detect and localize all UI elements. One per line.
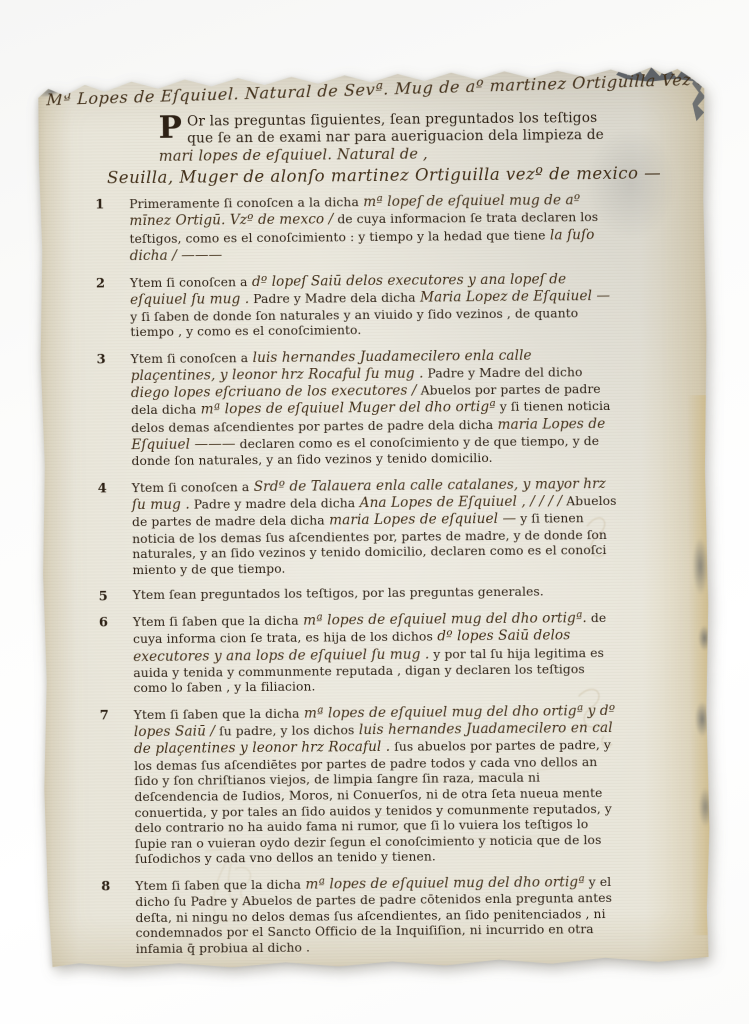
printed-segment: Ytem ſi ſaben que la dicha — [134, 707, 300, 722]
ink-stain-right-1 — [692, 537, 709, 595]
paper-sheet: Mª Lopes de Eſquiuel. Natural de Sevª. M… — [38, 65, 712, 969]
question-item: 4 Ytem ſi conoſcen a Srdº de Talauera en… — [98, 476, 621, 579]
handwritten-segment: Ana Lopes de Eſquiuel , / / / / — [355, 493, 562, 511]
question-number: 3 — [97, 352, 106, 367]
printed-segment: y ſi ſaben de donde ſon naturales y an v… — [130, 306, 578, 340]
intro-text: P Or las preguntas ſiguientes, ſean preg… — [158, 110, 626, 166]
question-text: Ytem ſi conoſcen a dº lopeſ Saiū delos e… — [130, 271, 619, 341]
question-item: 5 Ytem ſean preguntados los teſtigos, po… — [99, 584, 621, 604]
edge-soiling-top-center — [338, 72, 398, 79]
printed-segment: Ytem ſi ſaben que la dicha — [135, 878, 301, 893]
question-item: 6 Ytem ſi ſaben que la dicha mª lopes de… — [99, 610, 622, 698]
handwritten-segment: diego lopes eſcriuano de los executores … — [131, 383, 417, 401]
photo-of-document: { "appearance": { "background": "#fbfbfa… — [0, 0, 749, 1024]
question-item: 7 Ytem ſi ſaben que la dicha mª lopes de… — [100, 703, 623, 869]
handwritten-segment: maria Lopes de eſquiuel — — [325, 511, 517, 529]
ink-stain-right-2 — [698, 625, 711, 651]
question-text: Ytem ſi ſaben que la dicha mª lopes de e… — [135, 874, 624, 958]
printed-segment: Padre y Madre dela dicha — [249, 291, 416, 306]
manuscript-page: Mª Lopes de Eſquiuel. Natural de Sevª. M… — [38, 65, 712, 969]
question-item: 3 Ytem ſi conoſcen a luis hernandes Juad… — [97, 347, 620, 471]
handwritten-segment: mª lopes de eſquiuel Muger del dho ortig… — [196, 399, 496, 418]
handwritten-segment: mª lopes de eſquiuel mug del dho ortigª — [301, 874, 585, 892]
toned-right-edge — [687, 395, 712, 935]
question-number: 2 — [96, 276, 105, 291]
printed-segment: Ytem ſean preguntados los teſtigos, por … — [133, 585, 544, 603]
question-text: Ytem ſi ſaben que la dicha mª lopes de e… — [133, 610, 622, 697]
intro-handwritten-insert: mari lopes de eſquiuel. Natural de , — [159, 146, 428, 164]
printed-segment: Ytem ſi conoſcen a — [132, 480, 250, 495]
question-text: Primeramente ſi conoſcen a la dicha mª l… — [129, 192, 618, 265]
header-annotation: Mª Lopes de Eſquiuel. Natural de Sevª. M… — [46, 70, 692, 109]
intro-print-continuation: nar para aueriguacion dela limpieza de — [326, 127, 604, 145]
question-text: Ytem ſi conoſcen a Srdº de Talauera enla… — [132, 476, 621, 579]
question-text: Ytem ſi conoſcen a luis hernandes Juadam… — [131, 347, 620, 470]
question-text: Ytem ſi ſaben que la dicha mª lopes de e… — [134, 703, 623, 868]
printed-segment: ſu padre, y los dichos — [215, 723, 354, 738]
question-number: 4 — [98, 481, 107, 496]
ink-stain-right-3 — [695, 701, 710, 737]
handwritten-segment: mª lopes de eſquiuel mug del dho ortigª. — [299, 610, 587, 629]
printed-segment: Padre y madre dela dicha — [190, 496, 356, 511]
printed-segment: Ytem ſi ſaben que la dicha — [133, 614, 299, 629]
printed-segment: Ytem ſi conoſcen a — [130, 275, 248, 290]
printed-segment: Ytem ſi conoſcen a — [131, 351, 249, 366]
question-item: 8 Ytem ſi ſaben que la dicha mª lopes de… — [101, 874, 624, 958]
question-item: 1 Primeramente ſi conoſcen a la dicha mª… — [95, 192, 618, 266]
intro-handwritten-line: Seuilla, Muger de alonſo martinez Ortigu… — [107, 164, 627, 188]
questions-list: 1 Primeramente ſi conoſcen a la dicha mª… — [95, 192, 624, 968]
printed-segment: Padre y Madre del dicho — [423, 365, 582, 380]
handwritten-segment: Maria Lopez de Eſquiuel — — [416, 288, 611, 306]
question-number: 6 — [99, 615, 108, 630]
intro-paragraph: P Or las preguntas ſiguientes, ſean preg… — [158, 110, 627, 187]
question-text: Ytem ſean preguntados los teſtigos, por … — [133, 584, 621, 604]
question-number: 5 — [99, 590, 108, 605]
printed-segment: ſus abuelos por partes de padre, y los d… — [134, 738, 612, 866]
question-number: 1 — [95, 197, 104, 212]
question-number: 8 — [101, 879, 110, 894]
printed-segment: Primeramente ſi conoſcen a la dicha — [129, 195, 359, 211]
dropcap-initial: P — [158, 114, 187, 141]
ink-stain-right-4 — [698, 787, 712, 827]
question-item: 2 Ytem ſi conoſcen a dº lopeſ Saiū delos… — [96, 271, 619, 341]
question-number: 7 — [100, 708, 109, 723]
